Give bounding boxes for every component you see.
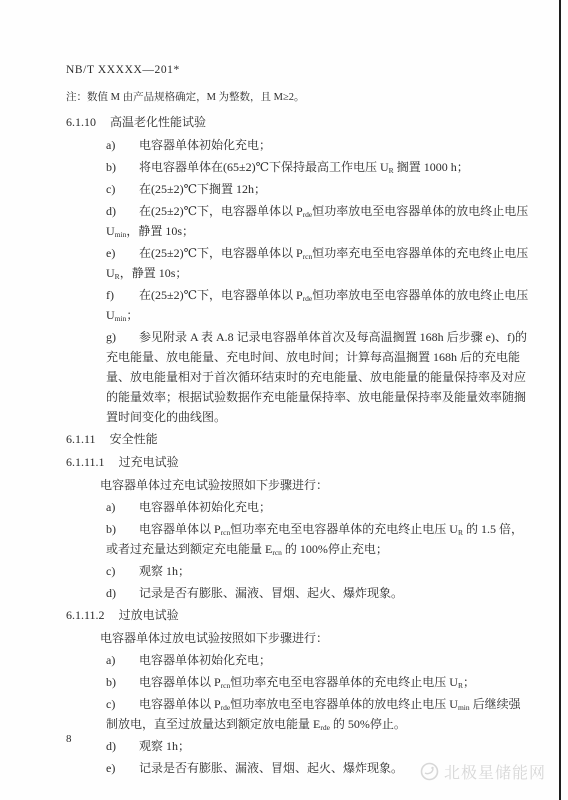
editor-note: 注：数值 M 由产品规格确定，M 为整数，且 M≥2。 [66,88,532,108]
list-item-text: 在(25±2)℃下搁置 12h； [139,182,266,196]
section-number: 6.1.10 [66,112,96,132]
list-item-text: 电容器单体初始化充电； [139,653,271,667]
list-item: c)在(25±2)℃下搁置 12h； [66,179,532,199]
section-heading-6-1-10: 6.1.10高温老化性能试验 [66,112,532,132]
list-item: d)在(25±2)℃下，电容器单体以 Prde恒功率放电至电容器单体的放电终止电… [66,201,532,241]
list-item-text: 观察 1h； [139,564,190,578]
paragraph: 电容器单体过放电试验按照如下步骤进行： [66,628,532,648]
list-item-text: 在(25±2)℃下，电容器单体以 Prcn恒功率充电至电容器单体的充电终止电压 … [106,246,528,280]
section-heading-6-1-11-1: 6.1.11.1过充电试验 [66,452,532,472]
list-item: b)电容器单体以 Prcn恒功率充电至电容器单体的充电终止电压 UR 的 1.5… [66,519,532,559]
list-item-label: c) [106,179,139,199]
section-heading-6-1-11-2: 6.1.11.2过放电试验 [66,605,532,625]
standard-number-header: NB/T XXXXX—201* [66,64,532,76]
document-content: NB/T XXXXX—201* 注：数值 M 由产品规格确定，M 为整数，且 M… [0,0,568,778]
list-item: a)电容器单体初始化充电； [66,497,532,517]
list-item-text: 参见附录 A 表 A.8 记录电容器单体首次及每高温搁置 168h 后步骤 e)… [106,330,527,424]
list-item-label: d) [106,583,139,603]
list-item-label: f) [106,285,139,305]
paragraph: 电容器单体过充电试验按照如下步骤进行： [66,475,532,495]
page-number: 8 [66,733,72,745]
watermark-text: 北极星储能网 [444,760,546,783]
list-item: a)电容器单体初始化充电； [66,650,532,670]
list-item-text: 电容器单体以 Prcn恒功率充电至电容器单体的充电终止电压 UR 的 1.5 倍… [106,522,523,556]
list-item-text: 在(25±2)℃下，电容器单体以 Prde恒功率放电至电容器单体的放电终止电压 … [106,204,528,238]
list-item-label: a) [106,650,139,670]
list-item-label: a) [106,135,139,155]
list-item: e)在(25±2)℃下，电容器单体以 Prcn恒功率充电至电容器单体的充电终止电… [66,243,532,283]
list-item-label: c) [106,694,139,714]
list-item-text: 记录是否有膨胀、漏液、冒烟、起火、爆炸现象。 [139,761,403,775]
list-item-text: 电容器单体初始化充电； [139,500,271,514]
list-item: c)观察 1h； [66,561,532,581]
watermark: 北极星储能网 [420,760,546,783]
watermark-logo-icon [420,762,439,781]
section-heading-6-1-11: 6.1.11安全性能 [66,429,532,449]
section-number: 6.1.11.1 [66,452,105,472]
section-title: 安全性能 [110,432,158,446]
list-item-text: 电容器单体以 Prde恒功率放电至电容器单体的放电终止电压 Umin 后继续强制… [106,697,521,731]
list-item-label: b) [106,157,139,177]
list-item-label: e) [106,758,139,778]
list-item-label: c) [106,561,139,581]
list-item-label: e) [106,243,139,263]
list-item-text: 记录是否有膨胀、漏液、冒烟、起火、爆炸现象。 [139,586,403,600]
list-item: b)电容器单体以 Prcn恒功率充电至电容器单体的充电终止电压 UR； [66,672,532,692]
scan-edge-line [559,0,561,800]
list-item: g)参见附录 A 表 A.8 记录电容器单体首次及每高温搁置 168h 后步骤 … [66,327,532,427]
list-item-label: a) [106,497,139,517]
section-title: 过充电试验 [119,455,179,469]
section-number: 6.1.11.2 [66,605,105,625]
list-item: c)电容器单体以 Prde恒功率放电至电容器单体的放电终止电压 Umin 后继续… [66,694,532,734]
list-item-text: 观察 1h； [139,739,190,753]
list-item-text: 在(25±2)℃下，电容器单体以 Prde恒功率放电至电容器单体的放电终止电压 … [106,288,528,322]
list-item-label: g) [106,327,139,347]
list-item: b)将电容器单体在(65±2)℃下保持最高工作电压 UR 搁置 1000 h； [66,157,532,177]
section-number: 6.1.11 [66,429,96,449]
list-item-label: d) [106,201,139,221]
list-item: d)记录是否有膨胀、漏液、冒烟、起火、爆炸现象。 [66,583,532,603]
list-item: f)在(25±2)℃下，电容器单体以 Prde恒功率放电至电容器单体的放电终止电… [66,285,532,325]
document-page: NB/T XXXXX—201* 注：数值 M 由产品规格确定，M 为整数，且 M… [0,0,568,800]
list-item: a)电容器单体初始化充电； [66,135,532,155]
list-item-text: 将电容器单体在(65±2)℃下保持最高工作电压 UR 搁置 1000 h； [139,160,469,174]
list-item-label: b) [106,672,139,692]
section-title: 过放电试验 [119,608,179,622]
list-item: d)观察 1h； [66,736,532,756]
list-item-text: 电容器单体以 Prcn恒功率充电至电容器单体的充电终止电压 UR； [139,675,475,689]
list-item-label: d) [106,736,139,756]
list-item-text: 电容器单体初始化充电； [139,138,271,152]
list-item-label: b) [106,519,139,539]
section-title: 高温老化性能试验 [110,115,206,129]
